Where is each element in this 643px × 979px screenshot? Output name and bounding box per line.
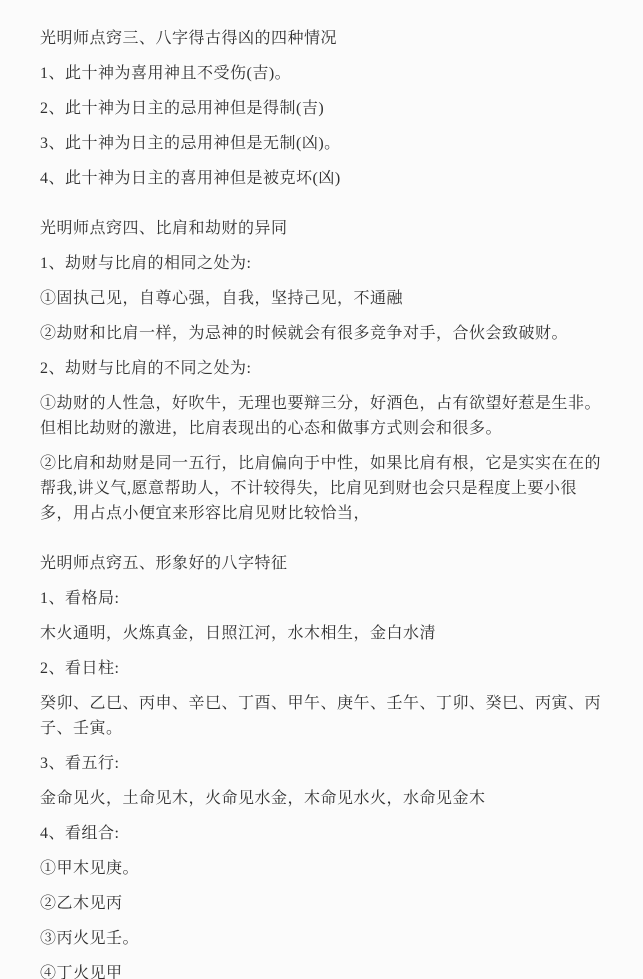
paragraph: 2、此十神为日主的忌用神但是得制(吉): [40, 96, 605, 121]
section-5-good-bazi-features: 光明师点窍五、形象好的八字特征 1、看格局: 木火通明，火炼真金，日照江河，水木…: [40, 551, 605, 979]
section-4-bijian-jiecai: 光明师点窍四、比肩和劫财的异同 1、劫财与比肩的相同之处为: ①固执己见，自尊心…: [40, 216, 605, 526]
paragraph: ①甲木见庚。: [40, 856, 605, 881]
paragraph: 1、看格局:: [40, 586, 605, 611]
paragraph: 3、此十神为日主的忌用神但是无制(凶)。: [40, 131, 605, 156]
paragraph: 2、看日柱:: [40, 656, 605, 681]
section-3-four-situations: 光明师点窍三、八字得古得凶的四种情况 1、此十神为喜用神且不受伤(吉)。 2、此…: [40, 26, 605, 191]
paragraph: 金命见火，土命见木，火命见水金，木命见水火，水命见金木: [40, 786, 605, 811]
paragraph: 1、劫财与比肩的相同之处为:: [40, 251, 605, 276]
paragraph: ③丙火见壬。: [40, 926, 605, 951]
paragraph: 2、劫财与比肩的不同之处为:: [40, 356, 605, 381]
paragraph: 1、此十神为喜用神且不受伤(吉)。: [40, 61, 605, 86]
paragraph: 癸卯、乙巳、丙申、辛巳、丁酉、甲午、庚午、壬午、丁卯、癸巳、丙寅、丙子、壬寅。: [40, 691, 605, 741]
paragraph: 3、看五行:: [40, 751, 605, 776]
document-page: 光明师点窍三、八字得古得凶的四种情况 1、此十神为喜用神且不受伤(吉)。 2、此…: [0, 0, 643, 979]
paragraph: 4、此十神为日主的喜用神但是被克坏(凶): [40, 166, 605, 191]
paragraph: ④丁火见甲: [40, 961, 605, 979]
paragraph: 木火通明，火炼真金，日照江河，水木相生，金白水清: [40, 621, 605, 646]
paragraph: ①劫财的人性急，好吹牛，无理也要辩三分，好酒色，占有欲望好惹是生非。但相比劫财的…: [40, 391, 605, 441]
section-heading: 光明师点窍四、比肩和劫财的异同: [40, 216, 605, 241]
paragraph: ①固执己见，自尊心强，自我，坚持己见，不通融: [40, 286, 605, 311]
paragraph: 4、看组合:: [40, 821, 605, 846]
paragraph: ②乙木见丙: [40, 891, 605, 916]
paragraph: ②比肩和劫财是同一五行，比肩偏向于中性，如果比肩有根，它是实实在在的帮我,讲义气…: [40, 451, 605, 526]
paragraph: ②劫财和比肩一样，为忌神的时候就会有很多竞争对手，合伙会致破财。: [40, 321, 605, 346]
section-heading: 光明师点窍三、八字得古得凶的四种情况: [40, 26, 605, 51]
section-heading: 光明师点窍五、形象好的八字特征: [40, 551, 605, 576]
